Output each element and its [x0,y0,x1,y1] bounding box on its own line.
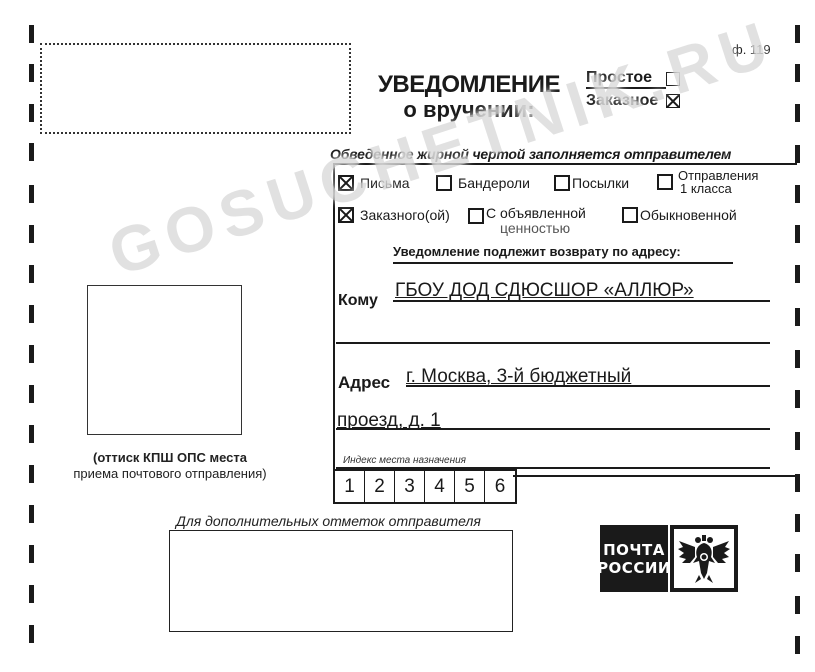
item-type-banderoles-checkbox[interactable] [436,175,452,191]
index-right-line [513,475,797,477]
notice-kind-registered-label: Заказное [586,92,666,110]
item-category-ordinary-checkbox[interactable] [622,207,638,223]
to-second-line [336,342,770,344]
cut-line-dash [29,305,34,323]
cut-line-dash [795,25,800,43]
cut-line-dash [29,425,34,443]
item-category-declared-value-line2: ценностью [486,220,570,236]
form-code: ф. 119 [732,42,771,57]
cut-line-dash [29,225,34,243]
cut-line-dash [29,465,34,483]
instruction-text: Обведенное жирной чертой заполняется отп… [330,146,731,162]
item-category-declared-value-label: С объявленной ценностью [486,206,586,236]
address-underline-1 [406,385,770,387]
item-type-letters-label: Письма [360,175,410,191]
title-line-1: УВЕДОМЛЕНИЕ [378,72,560,97]
item-type-parcels-checkbox[interactable] [554,175,570,191]
sender-address-area [40,43,351,134]
cut-line-dash [795,596,800,614]
notice-kind-registered[interactable]: Заказное [586,90,680,112]
item-type-letters-checkbox[interactable] [338,175,354,191]
item-category-ordinary-label: Обыкновенной [640,207,737,223]
cut-line-dash [795,636,800,654]
stamp-caption-line-2: приема почтового отправления) [55,466,285,482]
item-type-first-class-label: Отправления 1 класса [678,169,758,195]
stamp-caption-line-1: (оттиск КПШ ОПС места [55,450,285,466]
double-headed-eagle-icon [670,525,738,592]
item-type-parcels-label: Посылки [572,175,629,191]
cut-line-dash [29,385,34,403]
address-underline-2 [336,428,770,430]
cut-line-dash [29,104,34,122]
return-notice-heading: Уведомление подлежит возврату по адресу: [393,244,733,264]
item-category-registered-checkbox[interactable] [338,207,354,223]
postal-index-digit[interactable]: 6 [485,471,515,502]
logo-wordmark: ПОЧТА РОССИИ [600,525,668,592]
item-type-first-class[interactable]: Отправления 1 класса [657,169,758,195]
logo-line-2: РОССИИ [597,559,671,577]
item-type-first-class-checkbox[interactable] [657,174,673,190]
title-line-2: о вручении: [378,97,560,122]
cut-line-dash [29,64,34,82]
postal-index-digit[interactable]: 2 [365,471,395,502]
notice-kind-simple[interactable]: Простое [586,68,680,90]
cut-line-dash [795,554,800,572]
notes-label: Для дополнительных отметок отправителя [176,513,481,529]
cut-line-dash [29,265,34,283]
item-category-declared-value-line1: С объявленной [486,205,586,221]
cut-line-dash [29,585,34,603]
notice-kind-group: Простое Заказное [586,68,680,112]
cut-line-dash [795,514,800,532]
to-value[interactable]: ГБОУ ДОД СДЮСШОР «АЛЛЮР» [395,280,694,302]
postal-index-label: Индекс места назначения [343,455,466,466]
cut-line-dash [29,25,34,43]
address-label: Адрес [338,373,390,393]
cut-line-dash [795,64,800,82]
notice-kind-registered-checkbox[interactable] [666,94,680,108]
page-title: УВЕДОМЛЕНИЕ о вручении: [378,72,560,122]
postal-index-digit[interactable]: 3 [395,471,425,502]
cut-line-dash [29,505,34,523]
item-category-registered[interactable]: Заказного(ой) [338,207,450,223]
postal-index-digit[interactable]: 4 [425,471,455,502]
notice-kind-simple-checkbox[interactable] [666,72,680,86]
cut-line-dash [29,143,34,161]
cut-line-dash [29,545,34,563]
to-label: Кому [338,292,378,310]
cut-line-dash [29,185,34,203]
item-type-first-class-line2: 1 класса [678,181,732,196]
item-type-letters[interactable]: Письма [338,175,410,191]
to-underline [393,300,770,302]
item-category-registered-label: Заказного(ой) [360,207,450,223]
notice-kind-simple-label: Простое [586,69,666,89]
item-type-parcels-small[interactable]: Бандероли [436,175,530,191]
logo-line-1: ПОЧТА [603,541,665,559]
item-category-ordinary[interactable]: Обыкновенной [622,207,737,223]
postal-index-digit[interactable]: 5 [455,471,485,502]
cut-line-dash [29,625,34,643]
cut-line-dash [29,345,34,363]
postal-index-digit[interactable]: 1 [335,471,365,502]
notes-box[interactable] [169,530,513,632]
item-type-banderoles-label: Бандероли [458,175,530,191]
item-type-parcels[interactable]: Посылки [554,175,629,191]
postal-index-cells[interactable]: 123456 [333,469,517,504]
item-category-declared-value[interactable]: С объявленной ценностью [468,206,586,236]
russian-post-logo: ПОЧТА РОССИИ [600,525,738,592]
stamp-caption: (оттиск КПШ ОПС места приема почтового о… [55,450,285,482]
post-office-stamp-box [87,285,242,435]
item-category-declared-value-checkbox[interactable] [468,208,484,224]
cut-line-dash [795,104,800,122]
